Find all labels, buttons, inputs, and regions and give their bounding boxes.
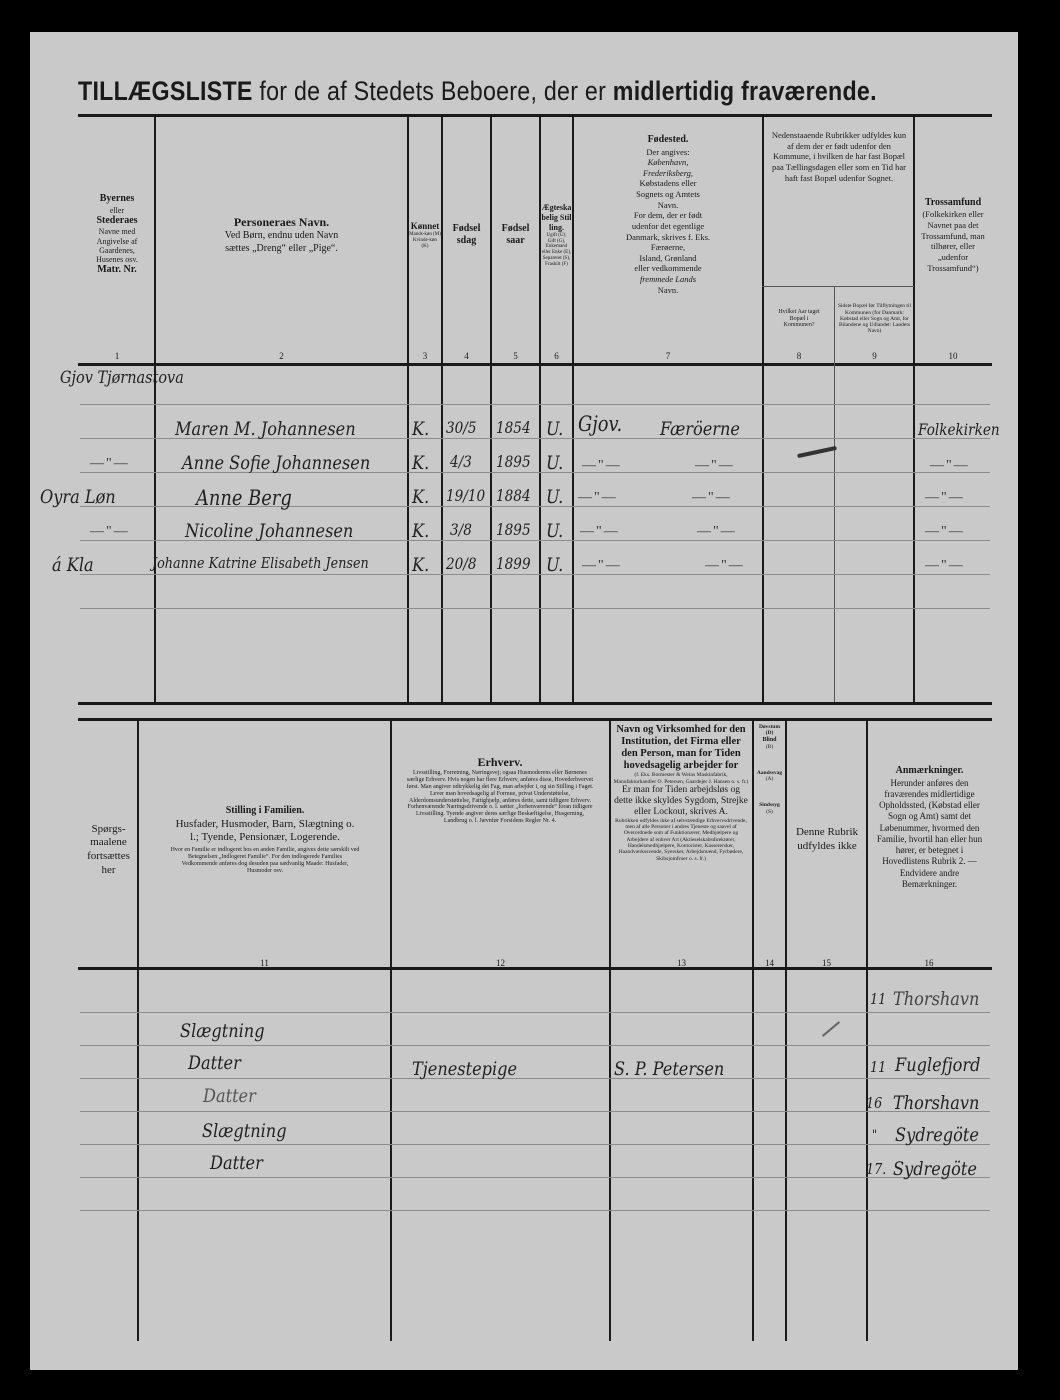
- row1-place: Gjov Tjørnastova: [60, 368, 184, 388]
- col-number: 3: [409, 351, 441, 361]
- row4-remarks-number: ": [872, 1128, 877, 1143]
- header-col4: Fødselsdag: [443, 120, 490, 350]
- title-bold-end: midlertidig fraværende.: [613, 76, 877, 106]
- title-middle: for de af Stedets Beboere, der er: [253, 76, 613, 106]
- row2-birthplace: —"—: [582, 458, 622, 474]
- row4-sex: K.: [412, 520, 429, 542]
- header-col5: Fødselsaar: [492, 120, 539, 350]
- header-col6: Ægteskabelig Stilling. Ugift (U), Gift (…: [541, 120, 572, 350]
- row4-birthday: 3/8: [450, 520, 472, 539]
- header-col11: Stilling i Familien. Husfader, Husmoder,…: [150, 740, 380, 940]
- col12-heading: Erhverv.: [478, 755, 523, 770]
- col-number: 2: [156, 351, 407, 361]
- lower-col-divider: [390, 721, 392, 1341]
- row5-remarks-place: Sydregöte: [893, 1158, 977, 1180]
- col10-heading: Trossamfund: [925, 197, 981, 210]
- col-number: 7: [574, 351, 762, 361]
- row-line: [80, 1144, 990, 1145]
- col7-line: Købstadens eller: [640, 178, 697, 189]
- row-line: [80, 404, 990, 405]
- row2-remarks-place: Fuglefjord: [895, 1054, 980, 1076]
- col9-line: Sidste Bopæl før Tilflytningen til Kommu…: [836, 303, 913, 335]
- row3-religion: —"—: [925, 490, 965, 506]
- col-number: 15: [787, 958, 866, 968]
- col10-line: (Folkekirken eller Navnet paa det Trossa…: [915, 209, 991, 273]
- col16-text: Herunder anføres den fraværendes midlert…: [872, 778, 987, 891]
- row1-religion: Folkekirken: [918, 420, 1000, 439]
- col1-line: Gaardenes,: [99, 246, 135, 255]
- row3-family-position: Datter: [203, 1085, 256, 1107]
- row2-birthyear: 1895: [496, 452, 531, 471]
- col5-heading: Fødselsaar: [501, 223, 531, 248]
- col1-line: Angivelse af: [97, 237, 138, 246]
- row1-sex: K.: [412, 418, 429, 440]
- col16-heading: Anmærkninger.: [896, 765, 964, 778]
- col1-line: Husenes osv.: [96, 255, 138, 264]
- upper-table-bottom-rule: [78, 702, 992, 705]
- row4-marital: U.: [546, 520, 563, 542]
- col1-heading2: Stederaes: [96, 215, 137, 228]
- row3-marital: U.: [546, 486, 563, 508]
- row1-birthyear: 1854: [496, 418, 531, 437]
- lower-side-label: Spørgs-maalene fortsættes her: [80, 810, 137, 890]
- col-number: 11: [139, 958, 390, 968]
- row5-place: á Kla: [52, 554, 94, 576]
- lower-col-divider: [752, 721, 754, 1341]
- row4-remarks-place: Sydregöte: [895, 1124, 979, 1146]
- lower-col-divider: [609, 721, 611, 1341]
- row1-remarks-number: 11: [870, 990, 886, 1008]
- row1-name: Maren M. Johannesen: [175, 418, 356, 440]
- header-col15: Denne Rubrik udfyldes ikke: [794, 790, 860, 890]
- col7-line: udenfor det egentlige Danmark, skrives f…: [618, 221, 718, 253]
- header-col14: Døvstum (D) Blind (B) Aandssvag (A) Sind…: [755, 724, 784, 954]
- col7-line: For dem, der er født: [634, 210, 702, 221]
- header-col1: Byernes eller Stederaes Navne med Angive…: [80, 120, 154, 350]
- col7-line: Navn.: [658, 200, 679, 211]
- row5-birthplace-country: —"—: [705, 558, 745, 574]
- col-number: 8: [764, 351, 834, 361]
- col13-small1: (f. Eks. Bormester & Weins Maskinfabrik,…: [613, 772, 749, 785]
- col-number: 16: [868, 958, 990, 968]
- col13-mid: Er man for Tiden arbejdsløs og dette ikk…: [613, 785, 749, 818]
- row5-family-position: Datter: [210, 1152, 263, 1174]
- row-line: [80, 1210, 990, 1211]
- row5-name: Johanne Katrine Elisabeth Jensen: [152, 554, 369, 572]
- col13-heading: Navn og Virksomhed for den Institution, …: [613, 724, 749, 772]
- row4-birthyear: 1895: [496, 520, 531, 539]
- row2-employer: S. P. Petersen: [614, 1058, 724, 1080]
- upper-col-divider: [762, 117, 764, 702]
- row2-name: Anne Sofie Johannesen: [182, 452, 370, 474]
- col7-line: Frederiksberg,: [643, 168, 693, 179]
- row-line: [80, 574, 990, 575]
- row2-marital: U.: [546, 452, 563, 474]
- col13-small2: Rubrikken udfyldes ikke af selvstændige …: [613, 818, 749, 862]
- lower-col-divider: [866, 721, 868, 1341]
- col7-heading: Fødested.: [648, 134, 689, 147]
- col1-line: Navne med: [99, 227, 136, 236]
- upper-header-bottom-rule: [78, 363, 992, 366]
- header-col9: Sidste Bopæl før Tilflytningen til Kommu…: [836, 290, 913, 348]
- header-col13: Navn og Virksomhed for den Institution, …: [613, 724, 749, 960]
- row2-remarks-number: 11: [870, 1058, 886, 1076]
- row5-religion: —"—: [925, 558, 965, 574]
- lower-col-divider: [785, 721, 787, 1341]
- row3-birthday: 19/10: [446, 486, 485, 505]
- row3-name: Anne Berg: [196, 486, 292, 510]
- row2-family-position: Datter: [188, 1052, 241, 1074]
- header-col8-9-group: Nedenstaaende Rubrikker udfyldes kun af …: [770, 130, 908, 280]
- col-number: 12: [392, 958, 609, 968]
- row2-sex: K.: [412, 452, 429, 474]
- col-number: 10: [915, 351, 991, 361]
- row5-birthday: 20/8: [446, 554, 477, 573]
- row2-occupation: Tjenestepige: [412, 1058, 517, 1080]
- row1-birthplace-country: Færöerne: [660, 418, 740, 440]
- header-col12: Erhverv. Livsstilling, Forretning, Nærin…: [404, 740, 596, 960]
- row1-remarks-place: Thorshavn: [893, 988, 979, 1010]
- row-line: [80, 1012, 990, 1013]
- row4-birthplace-country: —"—: [697, 524, 737, 540]
- col14-line: (A): [766, 776, 774, 782]
- col8-9-group-text: Nedenstaaende Rubrikker udfyldes kun af …: [770, 130, 908, 183]
- row4-family-position: Slægtning: [202, 1120, 287, 1142]
- col14-line: Blind: [762, 737, 776, 744]
- col6-line: Fraskilt (F): [545, 262, 568, 268]
- col7-line: eller vedkommende: [634, 263, 701, 274]
- row4-name: Nicoline Johannesen: [185, 520, 353, 542]
- col1-line: eller: [110, 206, 124, 215]
- header-col3: Kønnet Mands-køn (M) Kvinde-køn (K): [409, 120, 441, 350]
- row1-birthday: 30/5: [446, 418, 477, 437]
- col8-9-divider: [834, 286, 835, 702]
- col3-heading: Kønnet: [411, 221, 440, 232]
- row2-birthday: 4/3: [450, 452, 472, 471]
- header-col16: Anmærkninger. Herunder anføres den fravæ…: [872, 765, 987, 935]
- col1-heading3: Matr. Nr.: [97, 264, 137, 277]
- form-title: TILLÆGSLISTE for de af Stedets Beboere, …: [78, 76, 877, 107]
- row2-religion: —"—: [930, 458, 970, 474]
- col14-line: (B): [766, 744, 773, 750]
- col6-heading: Ægteskabelig Stilling.: [541, 203, 572, 233]
- col11-lines: Husfader, Husmoder, Barn, Slægtning o. l…: [175, 818, 355, 846]
- row3-place: Oyra Løn: [40, 486, 116, 508]
- row-line: [80, 1177, 990, 1178]
- row2-place: —"—: [90, 456, 130, 472]
- col6-line: Enkemand eller Enke (E),: [541, 244, 572, 256]
- row3-remarks-number: 16: [866, 1094, 882, 1112]
- col3-line: Kvinde-køn (K): [409, 238, 441, 250]
- col2-line: sættes „Dreng“ eller „Pige“.: [225, 243, 338, 256]
- upper-table-top-rule: [78, 114, 992, 117]
- row2-birthplace-country: —"—: [695, 458, 735, 474]
- col4-heading: Fødselsdag: [452, 223, 482, 248]
- col14-line: Døvstum (D): [755, 724, 784, 737]
- col2-line: Ved Børn, endnu uden Navn: [225, 230, 339, 243]
- row4-birthplace: —"—: [580, 524, 620, 540]
- col14-line: (S): [766, 809, 773, 815]
- row3-birthplace-country: —"—: [692, 490, 732, 506]
- col12-small: Livsstilling, Forretning, Næringsvej; og…: [404, 770, 596, 825]
- lower-col-divider: [137, 721, 139, 1341]
- row4-place: —"—: [90, 524, 130, 540]
- row5-birthyear: 1899: [496, 554, 531, 573]
- col7-line: Island, Grønland: [639, 253, 696, 264]
- row1-family-position: Slægtning: [180, 1020, 265, 1042]
- col-number: 9: [836, 351, 913, 361]
- col11-heading: Stilling i Familien.: [226, 805, 305, 818]
- col7-line: fremmede Lands: [640, 274, 696, 285]
- lower-table-top-rule: [78, 718, 992, 721]
- row4-religion: —"—: [925, 524, 965, 540]
- row3-remarks-place: Thorshavn: [893, 1092, 979, 1114]
- col7-line: København,: [648, 157, 689, 168]
- col-number: 6: [541, 351, 572, 361]
- col7-line: Sognets og Amtets: [636, 189, 700, 200]
- row3-birthplace: —"—: [578, 490, 618, 506]
- row3-sex: K.: [412, 486, 429, 508]
- row-line: [80, 1111, 990, 1112]
- col-number: 4: [443, 351, 490, 361]
- header-col2: Personeraes Navn. Ved Børn, endnu uden N…: [156, 120, 407, 350]
- col-number: 13: [611, 958, 752, 968]
- col-number: 5: [492, 351, 539, 361]
- row5-marital: U.: [546, 554, 563, 576]
- col8-line: Hvilket Aar taget Bopæl i Kommunen?: [774, 309, 824, 330]
- col7-line: Navn.: [658, 285, 679, 296]
- row-line: [80, 1045, 990, 1046]
- col2-heading: Personeraes Navn.: [234, 215, 329, 230]
- header-col8: Hvilket Aar taget Bopæl i Kommunen?: [764, 290, 834, 348]
- row3-birthyear: 1884: [496, 486, 531, 505]
- row5-birthplace: —"—: [582, 558, 622, 574]
- row5-sex: K.: [412, 554, 429, 576]
- header-col10: Trossamfund (Folkekirken eller Navnet pa…: [915, 120, 991, 350]
- col1-heading: Byernes: [100, 193, 134, 206]
- header-col7: Fødested. Der angives: København, Freder…: [574, 120, 762, 350]
- col15-text: Denne Rubrik udfyldes ikke: [794, 826, 860, 854]
- row1-marital: U.: [546, 418, 563, 440]
- row5-remarks-number: 17.: [866, 1160, 886, 1178]
- col7-line: Der angives:: [646, 147, 689, 158]
- side-label-text: Spørgs-maalene fortsættes her: [80, 823, 137, 878]
- col11-small: Hvor en Familie er indlogeret hos en and…: [170, 847, 360, 875]
- row-line: [80, 1078, 990, 1079]
- col-number: 14: [754, 958, 785, 968]
- col8-9-group-rule: [762, 286, 914, 287]
- row-line: [80, 608, 990, 609]
- title-bold-start: TILLÆGSLISTE: [78, 76, 253, 106]
- row1-birthplace: Gjov.: [578, 412, 622, 436]
- col-number: 1: [80, 351, 154, 361]
